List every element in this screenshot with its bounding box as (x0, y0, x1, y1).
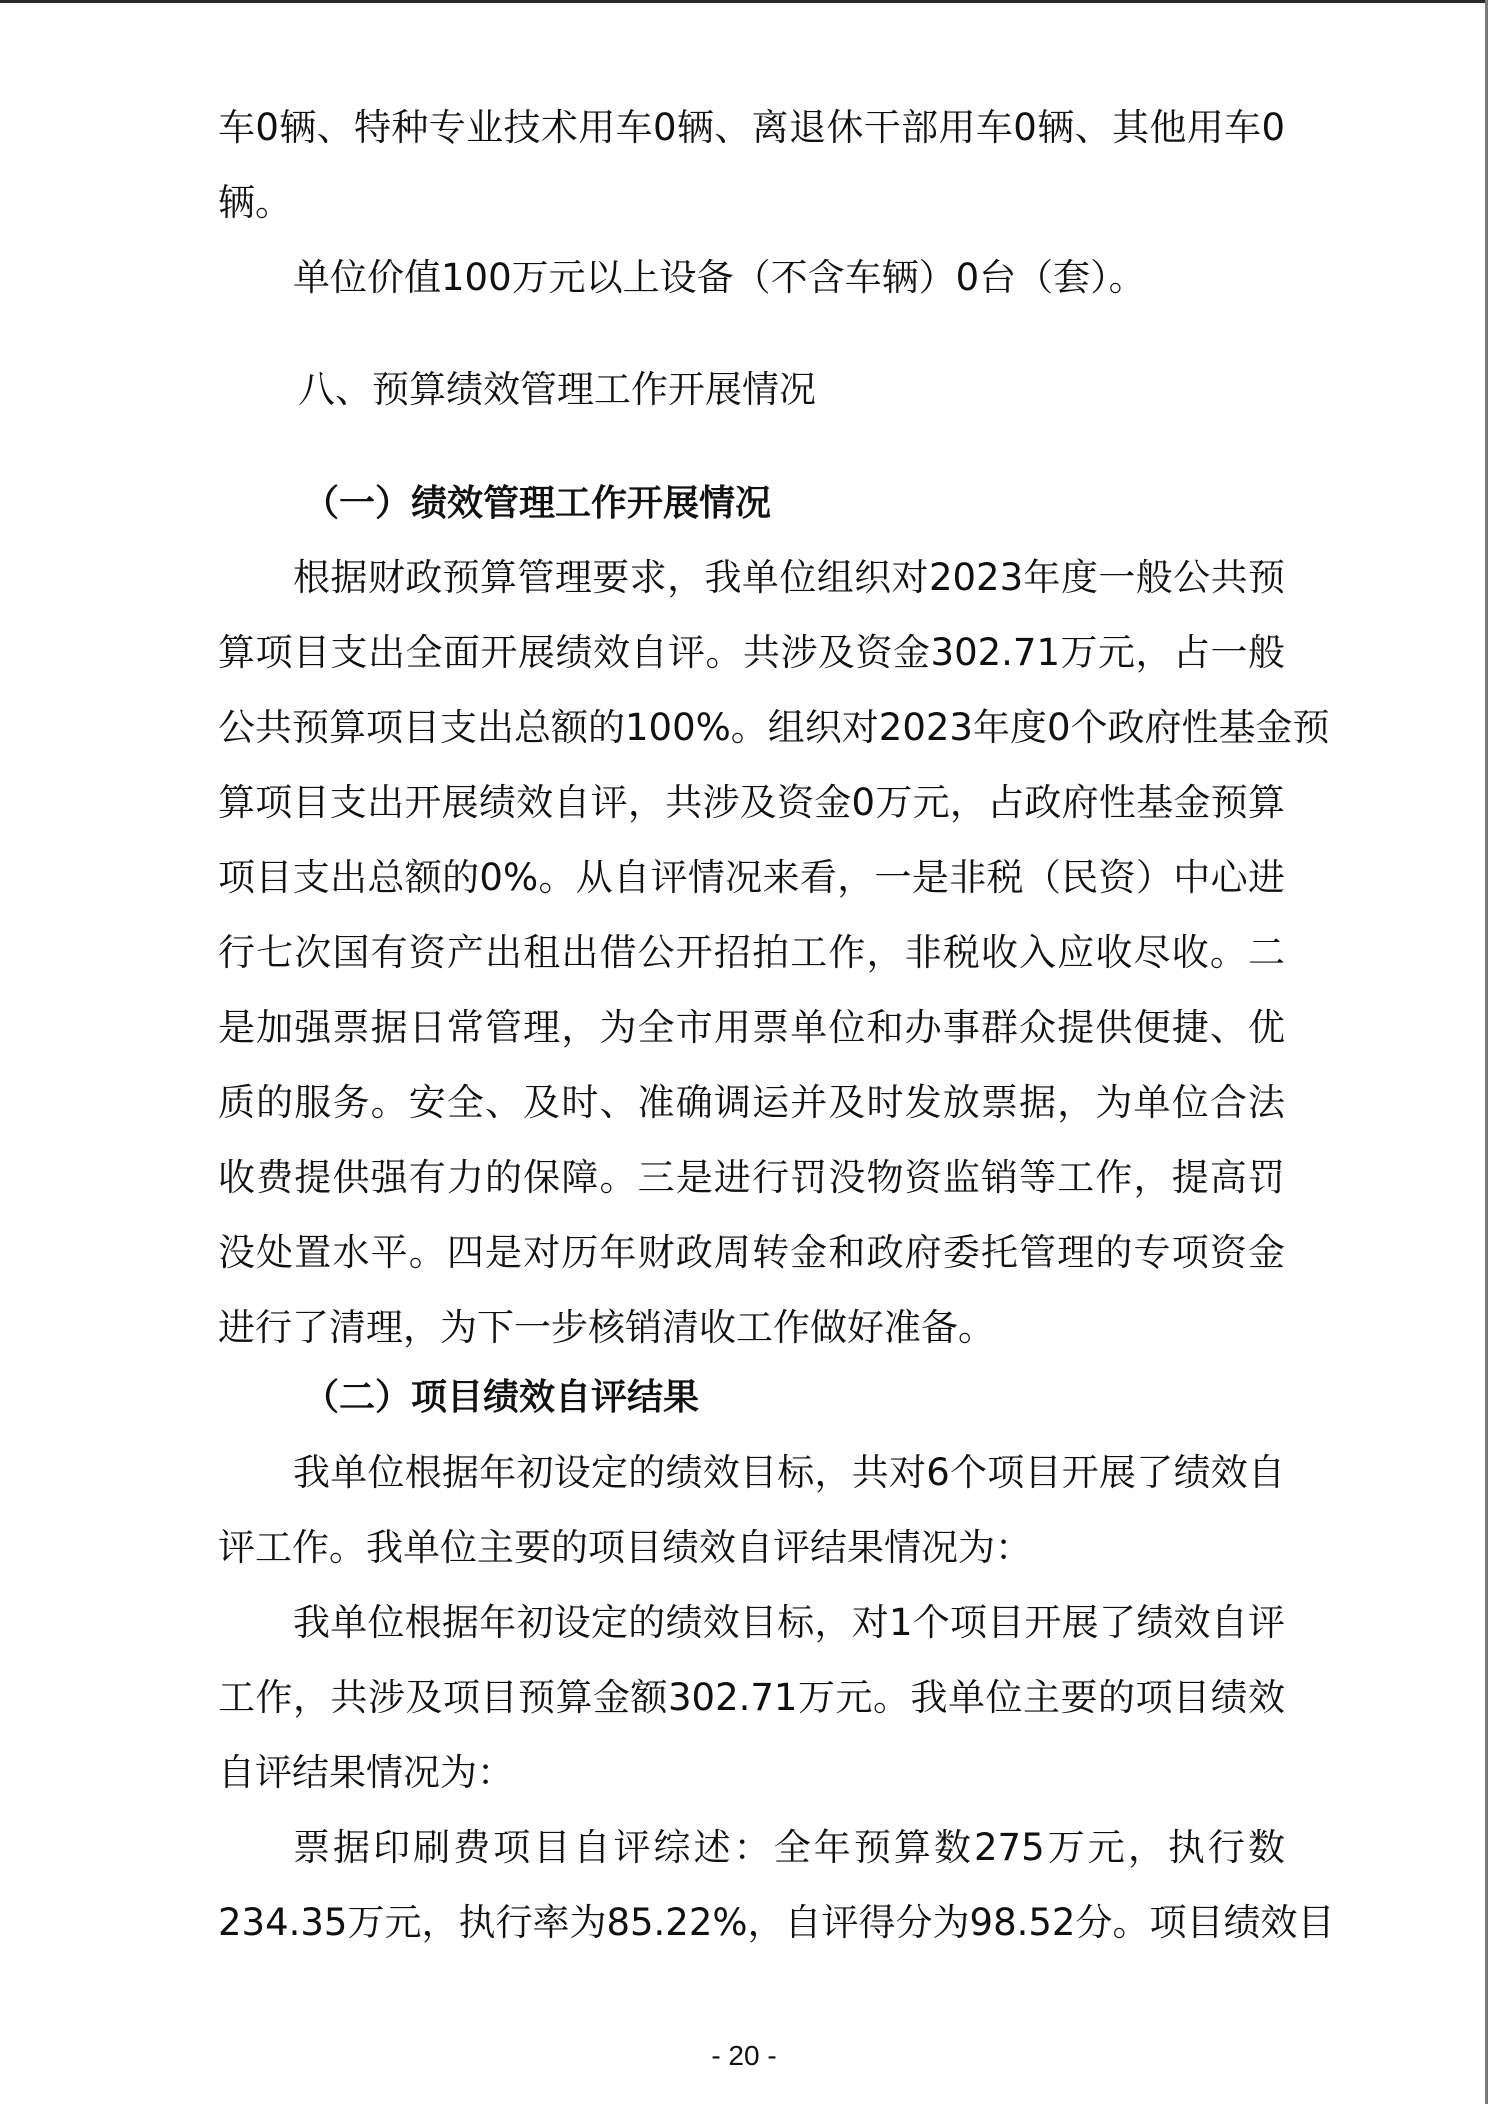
body-text-line: 没处置水平。四是对历年财政周转金和政府委托管理的专项资金 (218, 1231, 1285, 1275)
body-text-line: 行七次国有资产出租出借公开招拍工作，非税收入应收尽收。二 (218, 931, 1285, 975)
body-text-line: 算项目支出开展绩效自评，共涉及资金0万元，占政府性基金预算 (218, 781, 1285, 825)
line-text: 234.35万元，执行率为85.22%，自评得分为98.52分。项目绩效目 (218, 1901, 1285, 1945)
paragraph-first-line: 我单位根据年初设定的绩效目标，共对6个项目开展了绩效自 (293, 1451, 1285, 1495)
body-text-line: 项目支出总额的0%。从自评情况来看，一是非税（民资）中心进 (218, 856, 1285, 900)
line-text: 车0辆、特种专业技术用车0辆、离退休干部用车0辆、其他用车0 (218, 106, 1285, 150)
body-text-line: 工作，共涉及项目预算金额302.71万元。我单位主要的项目绩效 (218, 1676, 1285, 1720)
body-text-line: 算项目支出全面开展绩效自评。共涉及资金302.71万元，占一般 (218, 631, 1285, 675)
body-text-line: 收费提供强有力的保障。三是进行罚没物资监销等工作，提高罚 (218, 1156, 1285, 1200)
line-text: 工作，共涉及项目预算金额302.71万元。我单位主要的项目绩效 (218, 1676, 1285, 1720)
body-text-line: 公共预算项目支出总额的100%。组织对2023年度0个政府性基金预 (218, 706, 1285, 750)
page-number: - 20 - (0, 2040, 1488, 2072)
line-text: 质的服务。安全、及时、准确调运并及时发放票据，为单位合法 (218, 1081, 1285, 1125)
line-text: （一）绩效管理工作开展情况 (303, 483, 771, 524)
line-text: 我单位根据年初设定的绩效目标，对1个项目开展了绩效自评 (293, 1601, 1285, 1645)
line-text: 项目支出总额的0%。从自评情况来看，一是非税（民资）中心进 (218, 856, 1285, 900)
line-text: 公共预算项目支出总额的100%。组织对2023年度0个政府性基金预 (218, 706, 1285, 750)
line-text: 行七次国有资产出租出借公开招拍工作，非税收入应收尽收。二 (218, 931, 1285, 975)
line-text: 我单位根据年初设定的绩效目标，共对6个项目开展了绩效自 (293, 1451, 1285, 1495)
paragraph-first-line: 票据印刷费项目自评综述：全年预算数275万元，执行数 (293, 1826, 1285, 1870)
line-text: 根据财政预算管理要求，我单位组织对2023年度一般公共预 (293, 556, 1285, 600)
paragraph-first-line: 我单位根据年初设定的绩效目标，对1个项目开展了绩效自评 (293, 1601, 1285, 1645)
body-text-line: 234.35万元，执行率为85.22%，自评得分为98.52分。项目绩效目 (218, 1901, 1285, 1945)
body-text-line: 进行了清理，为下一步核销清收工作做好准备。 (218, 1306, 995, 1350)
subsection-heading: （一）绩效管理工作开展情况 (303, 482, 771, 526)
line-text: 是加强票据日常管理，为全市用票单位和办事群众提供便捷、优 (218, 1006, 1285, 1050)
body-text-line: 自评结果情况为： (218, 1751, 514, 1795)
body-text-line: 辆。 (218, 181, 292, 225)
page-top-border (0, 0, 1488, 3)
line-text: 八、预算绩效管理工作开展情况 (298, 368, 816, 411)
section-heading: 八、预算绩效管理工作开展情况 (298, 368, 816, 412)
line-text: 没处置水平。四是对历年财政周转金和政府委托管理的专项资金 (218, 1231, 1285, 1275)
line-text: 收费提供强有力的保障。三是进行罚没物资监销等工作，提高罚 (218, 1156, 1285, 1200)
paragraph-first-line: 根据财政预算管理要求，我单位组织对2023年度一般公共预 (293, 556, 1285, 600)
paragraph-first-line: 单位价值100万元以上设备（不含车辆）0台（套）。 (293, 256, 1146, 300)
body-text-line: 车0辆、特种专业技术用车0辆、离退休干部用车0辆、其他用车0 (218, 106, 1285, 150)
body-text-line: 评工作。我单位主要的项目绩效自评结果情况为： (218, 1526, 1032, 1570)
line-text: 辆。 (218, 181, 292, 224)
line-text: 算项目支出开展绩效自评，共涉及资金0万元，占政府性基金预算 (218, 781, 1285, 825)
line-text: （二）项目绩效自评结果 (303, 1377, 699, 1418)
body-text-line: 是加强票据日常管理，为全市用票单位和办事群众提供便捷、优 (218, 1006, 1285, 1050)
subsection-heading: （二）项目绩效自评结果 (303, 1376, 699, 1420)
line-text: 单位价值100万元以上设备（不含车辆）0台（套）。 (293, 256, 1146, 299)
body-text-line: 质的服务。安全、及时、准确调运并及时发放票据，为单位合法 (218, 1081, 1285, 1125)
line-text: 算项目支出全面开展绩效自评。共涉及资金302.71万元，占一般 (218, 631, 1285, 675)
line-text: 评工作。我单位主要的项目绩效自评结果情况为： (218, 1526, 1032, 1569)
line-text: 票据印刷费项目自评综述：全年预算数275万元，执行数 (293, 1826, 1285, 1870)
line-text: 自评结果情况为： (218, 1751, 514, 1794)
line-text: 进行了清理，为下一步核销清收工作做好准备。 (218, 1306, 995, 1349)
